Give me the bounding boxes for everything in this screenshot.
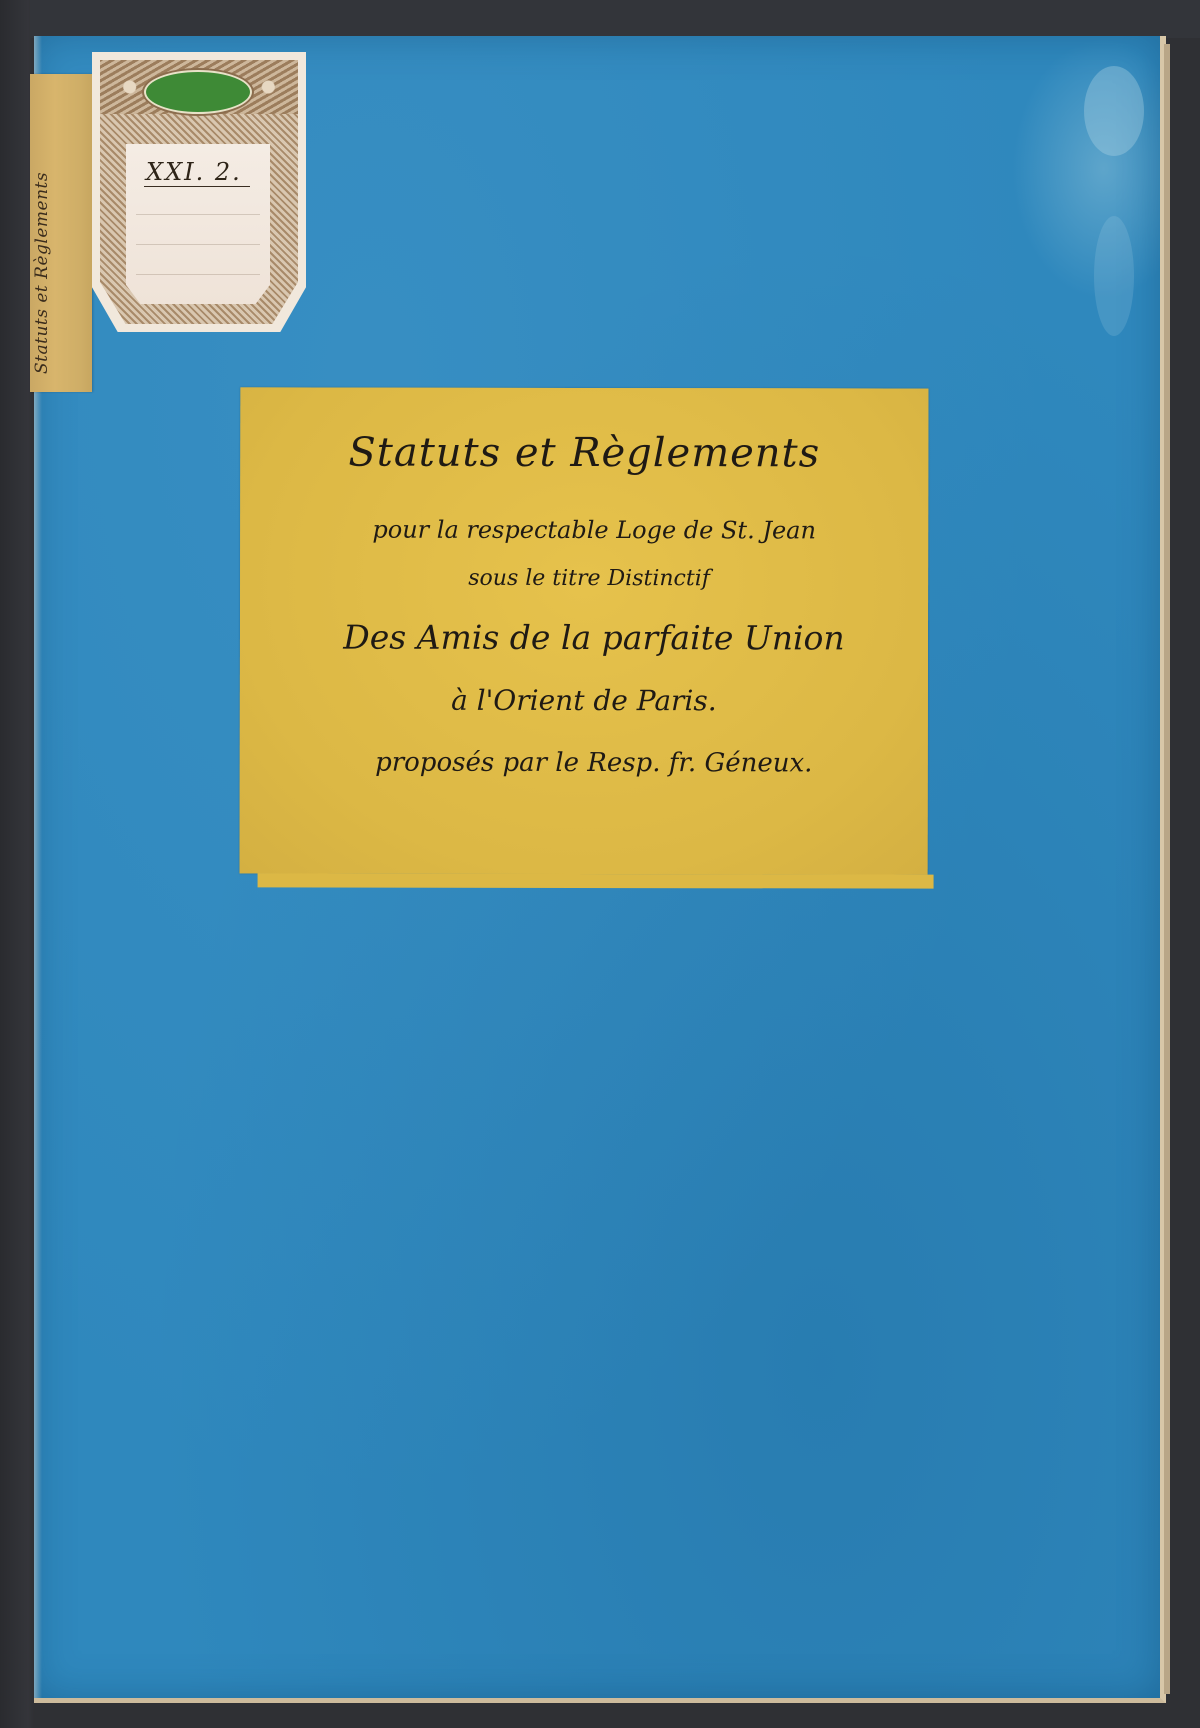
cover-page-edge	[1164, 44, 1170, 1694]
cover-stain	[1094, 216, 1134, 336]
title-lodge-name: Des Amis de la parfaite Union	[260, 617, 928, 657]
scan-top-band	[30, 0, 1200, 38]
title-line: à l'Orient de Paris.	[240, 683, 928, 717]
spine-label: Statuts et Règlements	[30, 74, 92, 392]
shelfmark-rule	[136, 244, 260, 245]
title-author-line: proposés par le Resp. fr. Géneux.	[260, 747, 928, 778]
title-line: pour la respectable Loge de St. Jean	[260, 515, 928, 544]
shelfmark-label: XXI. 2.	[92, 52, 306, 332]
cover-stain	[1084, 66, 1144, 156]
shelfmark-number: XXI. 2.	[144, 158, 250, 187]
shelfmark-green-oval	[144, 70, 252, 114]
title-label-edge	[258, 873, 934, 888]
title-label: Statuts et Règlements pour la respectabl…	[240, 387, 929, 874]
title-line: sous le titre Distinctif	[250, 565, 928, 591]
shelfmark-label-window: XXI. 2.	[126, 144, 270, 304]
shelfmark-rule	[136, 214, 260, 215]
title-heading: Statuts et Règlements	[240, 429, 928, 476]
spine-label-text: Statuts et Règlements	[32, 74, 52, 374]
shelfmark-rule	[136, 274, 260, 275]
